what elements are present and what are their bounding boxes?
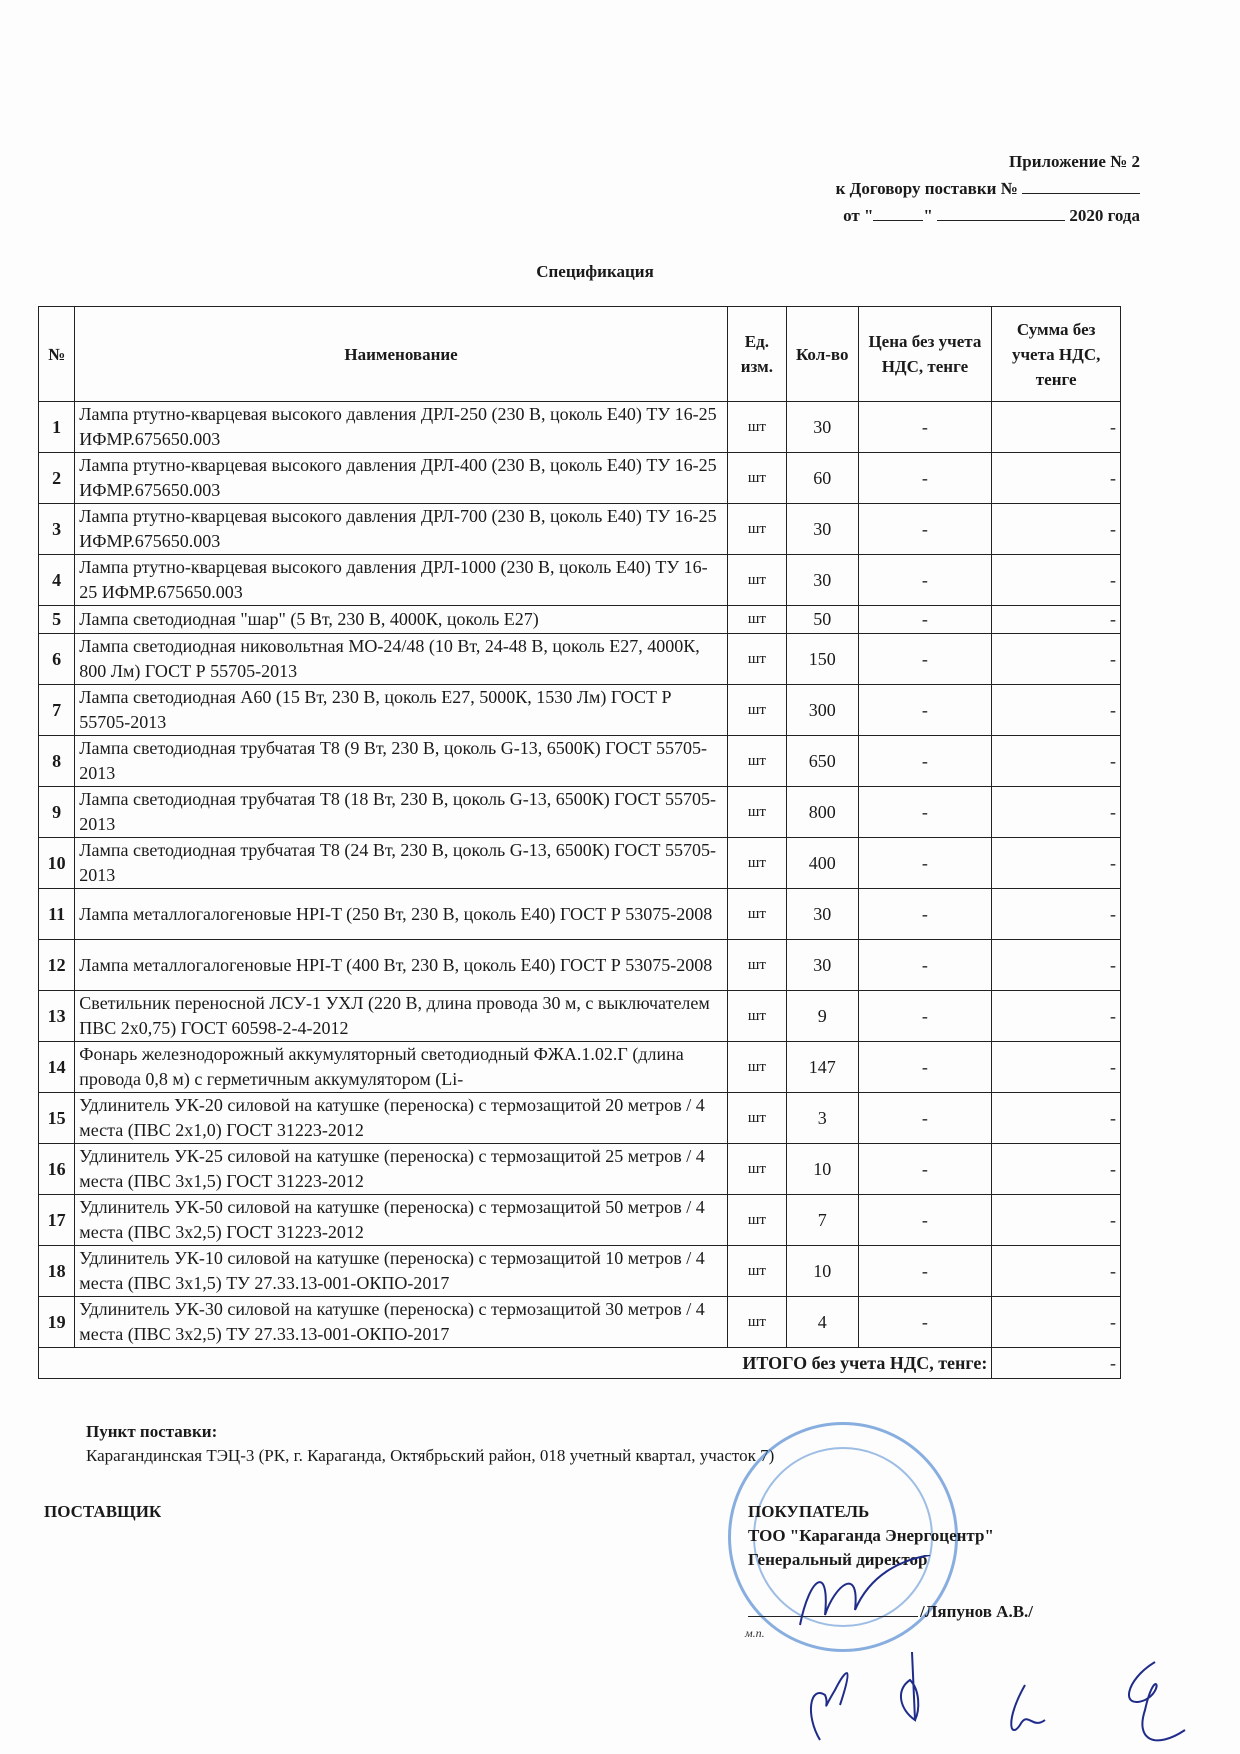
buyer-signature-line: /Ляпунов А.В./ [748,1602,1033,1622]
table-header-row: № Наименование Ед. изм. Кол-во Цена без … [39,307,1121,402]
item-quantity: 30 [786,940,858,991]
item-unit: шт [727,685,786,736]
item-quantity: 4 [786,1297,858,1348]
item-sum: - [992,1195,1121,1246]
buyer-company: ТОО "Караганда Энергоцентр" [748,1524,994,1548]
row-number: 10 [39,838,75,889]
item-price: - [858,685,992,736]
item-price: - [858,634,992,685]
item-quantity: 7 [786,1195,858,1246]
column-header-number: № [39,307,75,402]
item-unit: шт [727,1144,786,1195]
date-day-blank [873,206,923,221]
table-row: 7Лампа светодиодная А60 (15 Вт, 230 В, ц… [39,685,1121,736]
item-quantity: 30 [786,504,858,555]
item-quantity: 30 [786,555,858,606]
table-row: 17Удлинитель УК-50 силовой на катушке (п… [39,1195,1121,1246]
total-row: ИТОГО без учета НДС, тенге: - [39,1348,1121,1379]
item-price: - [858,991,992,1042]
item-unit: шт [727,838,786,889]
column-header-quantity: Кол-во [786,307,858,402]
document-page: Приложение № 2 к Договору поставки № от … [0,0,1240,1754]
item-unit: шт [727,736,786,787]
row-number: 14 [39,1042,75,1093]
item-quantity: 9 [786,991,858,1042]
item-unit: шт [727,504,786,555]
item-sum: - [992,1042,1121,1093]
item-sum: - [992,940,1121,991]
row-number: 8 [39,736,75,787]
delivery-address: Карагандинская ТЭЦ-3 (РК, г. Караганда, … [86,1446,774,1465]
item-name: Удлинитель УК-20 силовой на катушке (пер… [75,1093,728,1144]
item-sum: - [992,453,1121,504]
item-unit: шт [727,1093,786,1144]
contract-number-blank [1022,179,1140,194]
table-row: 4Лампа ртутно-кварцевая высокого давлени… [39,555,1121,606]
table-row: 16Удлинитель УК-25 силовой на катушке (п… [39,1144,1121,1195]
specification-title: Спецификация [0,262,1190,282]
contract-date: от "" 2020 года [836,202,1140,229]
item-quantity: 10 [786,1246,858,1297]
item-unit: шт [727,1297,786,1348]
item-unit: шт [727,453,786,504]
row-number: 12 [39,940,75,991]
item-price: - [858,1195,992,1246]
column-header-unit: Ед. изм. [727,307,786,402]
column-header-sum: Сумма без учета НДС, тенге [992,307,1121,402]
row-number: 17 [39,1195,75,1246]
total-value: - [992,1348,1121,1379]
row-number: 7 [39,685,75,736]
item-quantity: 60 [786,453,858,504]
item-sum: - [992,555,1121,606]
contract-reference: к Договору поставки № [836,175,1140,202]
row-number: 3 [39,504,75,555]
initials-signature-3-icon [1000,1680,1050,1740]
table-row: 12Лампа металлогалогеновые HPI-T (400 Вт… [39,940,1121,991]
item-price: - [858,1093,992,1144]
item-unit: шт [727,1195,786,1246]
item-unit: шт [727,634,786,685]
buyer-label: ПОКУПАТЕЛЬ [748,1500,994,1524]
item-unit: шт [727,1042,786,1093]
item-sum: - [992,787,1121,838]
item-sum: - [992,606,1121,634]
table-body: 1Лампа ртутно-кварцевая высокого давлени… [39,402,1121,1348]
item-unit: шт [727,402,786,453]
item-name: Удлинитель УК-25 силовой на катушке (пер… [75,1144,728,1195]
item-price: - [858,1042,992,1093]
item-quantity: 150 [786,634,858,685]
row-number: 4 [39,555,75,606]
appendix-header: Приложение № 2 к Договору поставки № от … [836,148,1140,229]
item-name: Лампа металлогалогеновые HPI-T (400 Вт, … [75,940,728,991]
item-name: Лампа ртутно-кварцевая высокого давления… [75,402,728,453]
item-name: Светильник переносной ЛСУ-1 УХЛ (220 В, … [75,991,728,1042]
item-quantity: 30 [786,889,858,940]
item-sum: - [992,1246,1121,1297]
table-row: 2Лампа ртутно-кварцевая высокого давлени… [39,453,1121,504]
item-quantity: 300 [786,685,858,736]
table-row: 1Лампа ртутно-кварцевая высокого давлени… [39,402,1121,453]
table-row: 6Лампа светодиодная никовольтная МО-24/4… [39,634,1121,685]
item-unit: шт [727,1246,786,1297]
item-price: - [858,606,992,634]
delivery-point: Пункт поставки: Карагандинская ТЭЦ-3 (РК… [86,1420,774,1468]
item-price: - [858,889,992,940]
item-quantity: 800 [786,787,858,838]
item-sum: - [992,685,1121,736]
row-number: 13 [39,991,75,1042]
item-sum: - [992,1144,1121,1195]
row-number: 2 [39,453,75,504]
initials-signature-1-icon [800,1655,860,1745]
row-number: 16 [39,1144,75,1195]
item-sum: - [992,402,1121,453]
item-price: - [858,402,992,453]
initials-signature-2-icon [890,1650,930,1730]
item-unit: шт [727,787,786,838]
item-price: - [858,787,992,838]
item-quantity: 30 [786,402,858,453]
buyer-block: ПОКУПАТЕЛЬ ТОО "Караганда Энергоцентр" Г… [748,1500,994,1572]
item-price: - [858,453,992,504]
buyer-signatory: /Ляпунов А.В./ [920,1602,1033,1621]
signature-blank [748,1602,918,1617]
item-price: - [858,838,992,889]
column-header-name: Наименование [75,307,728,402]
row-number: 6 [39,634,75,685]
item-price: - [858,555,992,606]
item-name: Лампа металлогалогеновые HPI-T (250 Вт, … [75,889,728,940]
item-name: Лампа светодиодная "шар" (5 Вт, 230 В, 4… [75,606,728,634]
item-name: Удлинитель УК-50 силовой на катушке (пер… [75,1195,728,1246]
initials-signature-4-icon [1115,1660,1195,1754]
item-name: Лампа светодиодная А60 (15 Вт, 230 В, цо… [75,685,728,736]
table-row: 3Лампа ртутно-кварцевая высокого давлени… [39,504,1121,555]
item-price: - [858,1246,992,1297]
item-sum: - [992,504,1121,555]
table-row: 15Удлинитель УК-20 силовой на катушке (п… [39,1093,1121,1144]
item-price: - [858,1297,992,1348]
table-row: 14Фонарь железнодорожный аккумуляторный … [39,1042,1121,1093]
item-sum: - [992,1093,1121,1144]
delivery-label: Пункт поставки: [86,1420,774,1444]
item-price: - [858,736,992,787]
row-number: 18 [39,1246,75,1297]
item-name: Удлинитель УК-10 силовой на катушке (пер… [75,1246,728,1297]
item-quantity: 650 [786,736,858,787]
item-name: Лампа светодиодная трубчатая Т8 (18 Вт, … [75,787,728,838]
item-sum: - [992,991,1121,1042]
row-number: 19 [39,1297,75,1348]
table-row: 8Лампа светодиодная трубчатая Т8 (9 Вт, … [39,736,1121,787]
item-sum: - [992,1297,1121,1348]
item-name: Лампа ртутно-кварцевая высокого давления… [75,453,728,504]
row-number: 5 [39,606,75,634]
item-unit: шт [727,606,786,634]
item-price: - [858,940,992,991]
item-price: - [858,504,992,555]
date-month-blank [937,206,1065,221]
item-sum: - [992,634,1121,685]
item-name: Лампа светодиодная трубчатая Т8 (9 Вт, 2… [75,736,728,787]
item-unit: шт [727,889,786,940]
table-row: 19Удлинитель УК-30 силовой на катушке (п… [39,1297,1121,1348]
item-unit: шт [727,940,786,991]
item-quantity: 400 [786,838,858,889]
item-quantity: 3 [786,1093,858,1144]
item-sum: - [992,889,1121,940]
row-number: 15 [39,1093,75,1144]
specification-table: № Наименование Ед. изм. Кол-во Цена без … [38,306,1121,1379]
row-number: 11 [39,889,75,940]
item-name: Лампа ртутно-кварцевая высокого давления… [75,555,728,606]
column-header-price: Цена без учета НДС, тенге [858,307,992,402]
item-sum: - [992,736,1121,787]
item-name: Лампа светодиодная никовольтная МО-24/48… [75,634,728,685]
appendix-number: Приложение № 2 [836,148,1140,175]
supplier-label: ПОСТАВЩИК [44,1502,161,1522]
item-unit: шт [727,555,786,606]
item-sum: - [992,838,1121,889]
table-row: 9Лампа светодиодная трубчатая Т8 (18 Вт,… [39,787,1121,838]
row-number: 9 [39,787,75,838]
table-row: 11Лампа металлогалогеновые HPI-T (250 Вт… [39,889,1121,940]
seal-mark: м.п. [745,1626,765,1641]
item-name: Фонарь железнодорожный аккумуляторный св… [75,1042,728,1093]
item-quantity: 50 [786,606,858,634]
total-label: ИТОГО без учета НДС, тенге: [39,1348,992,1379]
table-row: 10Лампа светодиодная трубчатая Т8 (24 Вт… [39,838,1121,889]
item-name: Лампа светодиодная трубчатая Т8 (24 Вт, … [75,838,728,889]
row-number: 1 [39,402,75,453]
item-quantity: 10 [786,1144,858,1195]
table-row: 18Удлинитель УК-10 силовой на катушке (п… [39,1246,1121,1297]
table-row: 13Светильник переносной ЛСУ-1 УХЛ (220 В… [39,991,1121,1042]
item-unit: шт [727,991,786,1042]
item-quantity: 147 [786,1042,858,1093]
item-price: - [858,1144,992,1195]
buyer-position: Генеральный директор [748,1548,994,1572]
item-name: Лампа ртутно-кварцевая высокого давления… [75,504,728,555]
table-row: 5Лампа светодиодная "шар" (5 Вт, 230 В, … [39,606,1121,634]
item-name: Удлинитель УК-30 силовой на катушке (пер… [75,1297,728,1348]
